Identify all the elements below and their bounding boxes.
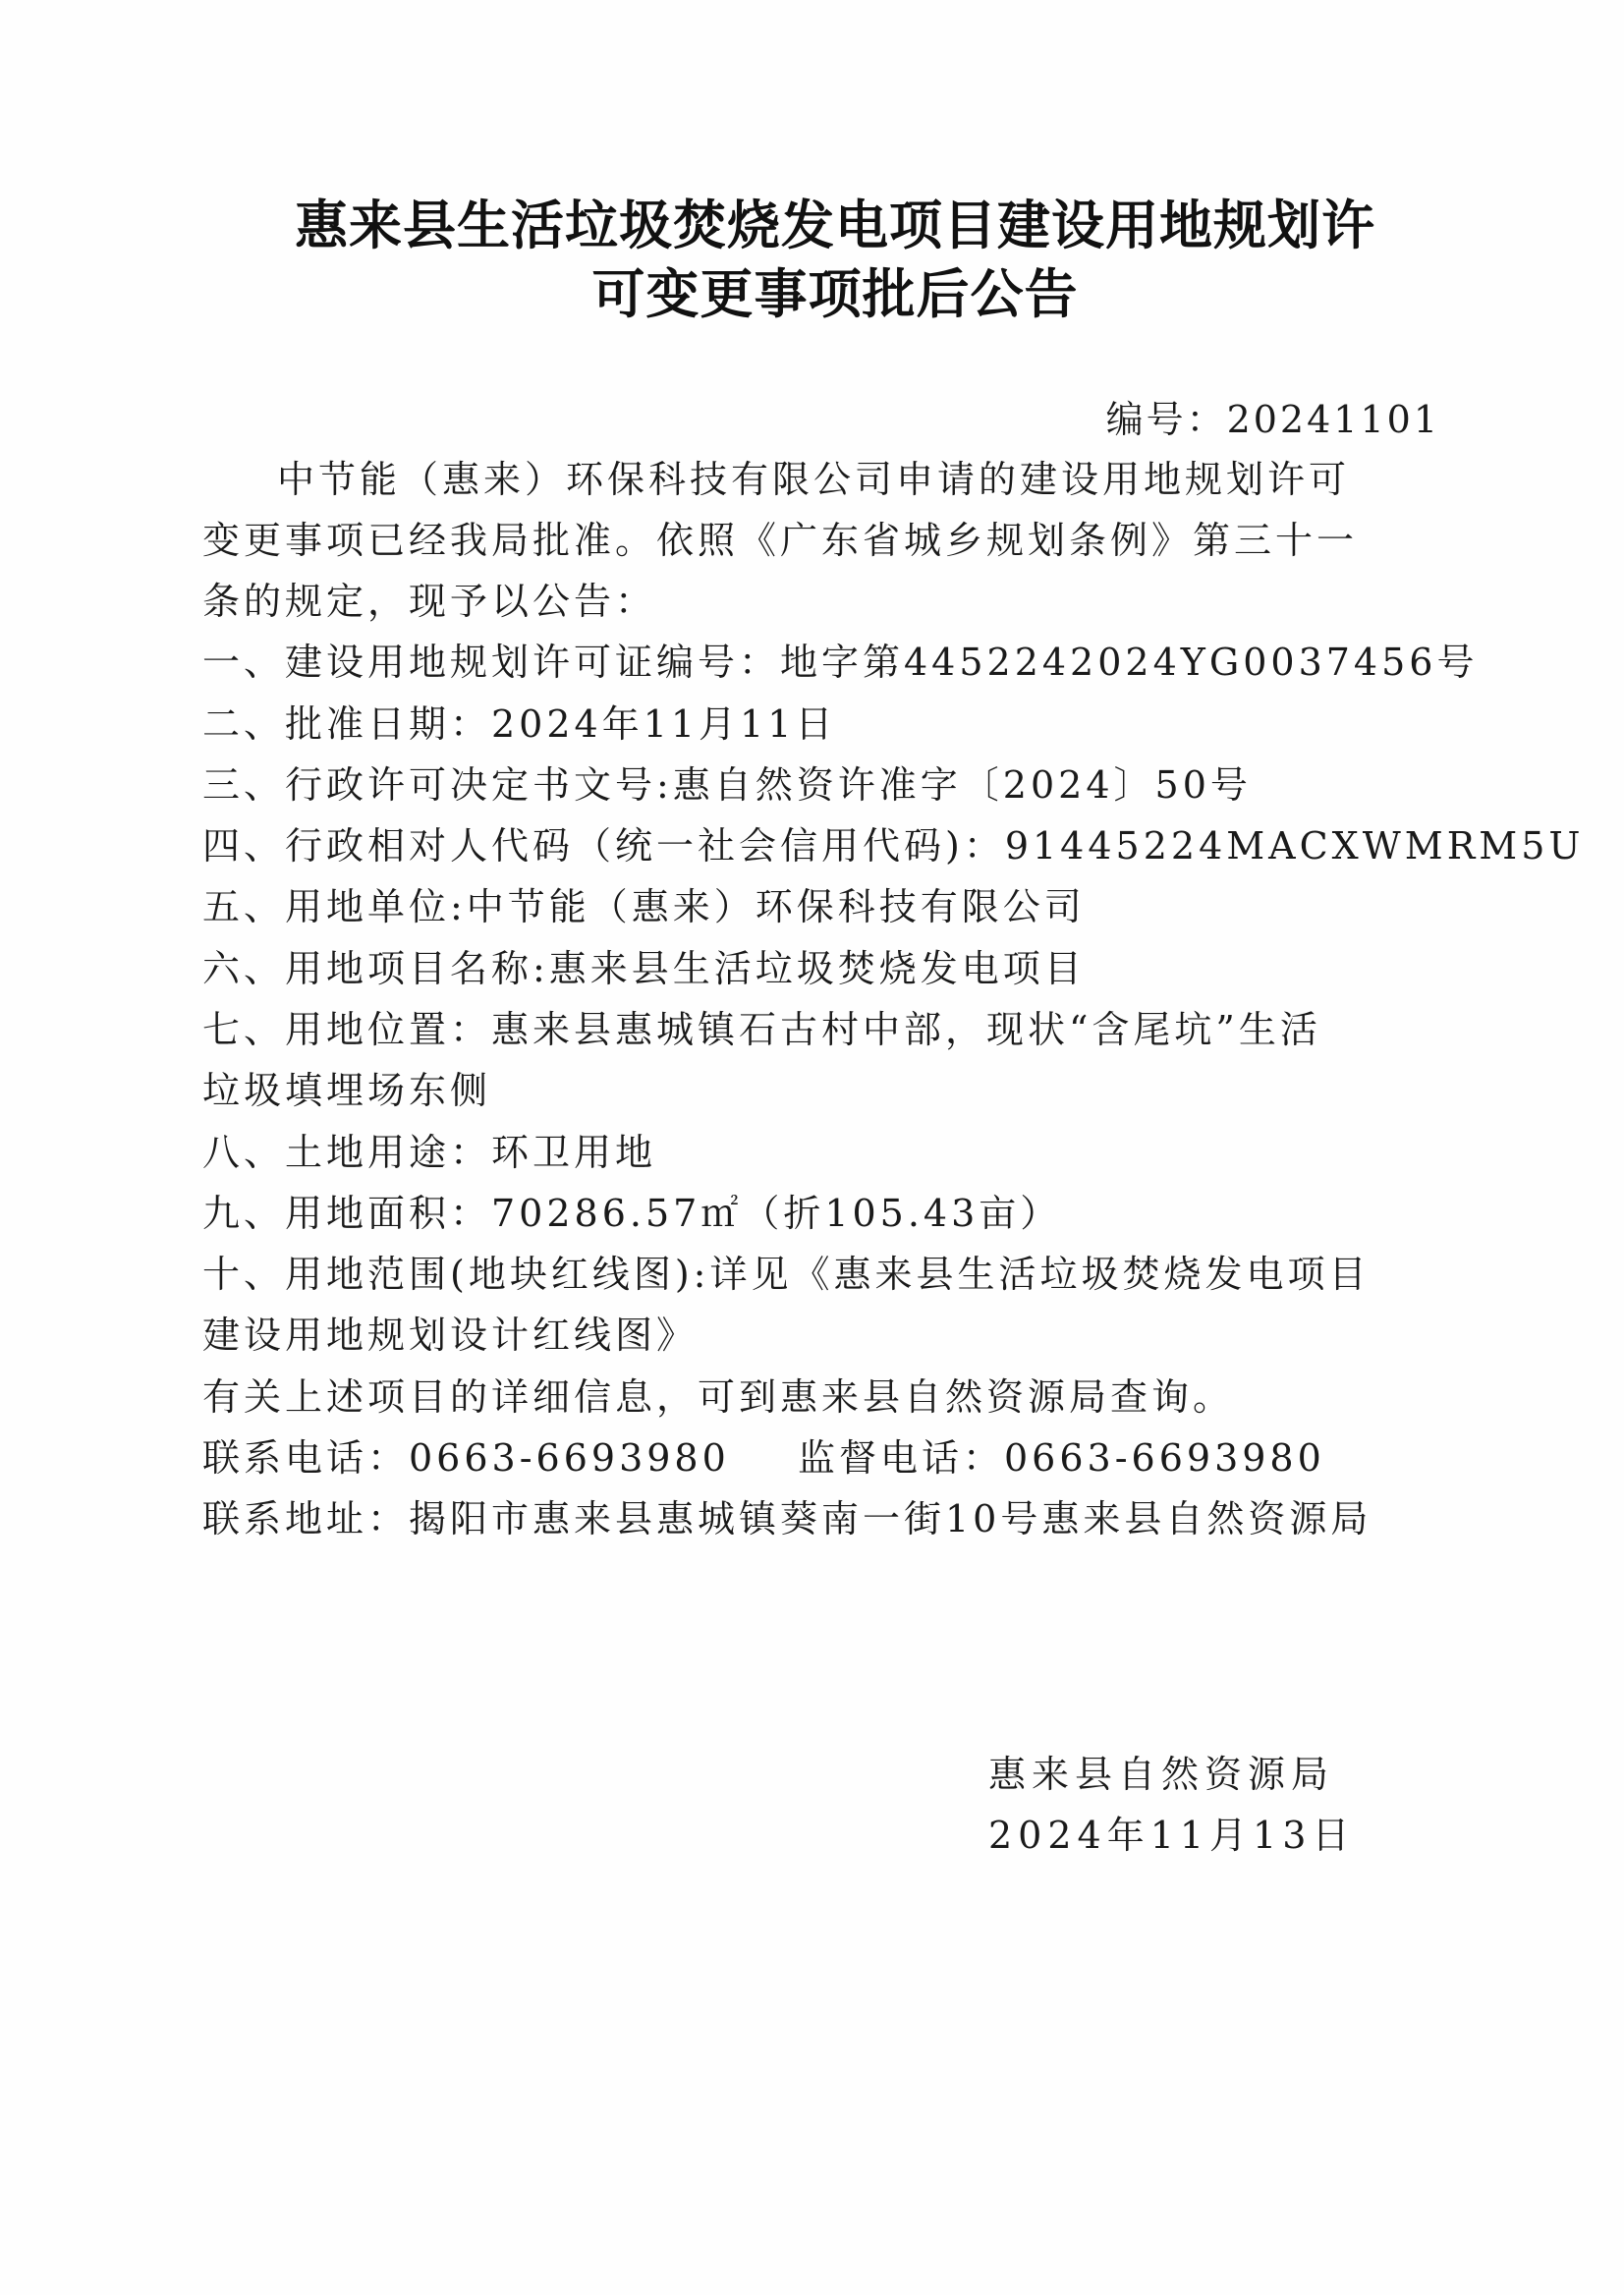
intro-line-2: 变更事项已经我局批准。依照《广东省城乡规划条例》第三十一 — [202, 518, 1358, 563]
title-line-2: 可变更事项批后公告 — [196, 260, 1474, 329]
intro-line-1: 中节能（惠来）环保科技有限公司申请的建设用地规划许可 — [277, 457, 1350, 502]
item-land-scope: 十、用地范围(地块红线图):详见《惠来县生活垃圾焚烧发电项目 — [202, 1252, 1370, 1297]
signature-organization: 惠来县自然资源局 — [988, 1752, 1334, 1797]
item-land-scope-cont: 建设用地规划设计红线图》 — [202, 1313, 698, 1358]
item-location-cont: 垃圾填埋场东侧 — [202, 1068, 491, 1113]
intro-line-3: 条的规定，现予以公告： — [202, 579, 656, 624]
supervision-phone: 监督电话：0663-6693980 — [798, 1435, 1325, 1481]
contact-phone: 联系电话：0663-6693980 — [202, 1435, 730, 1481]
title-line-1: 惠来县生活垃圾焚烧发电项目建设用地规划许 — [196, 192, 1474, 260]
item-credit-code: 四、行政相对人代码（统一社会信用代码)：91445224MACXWMRM5U — [202, 823, 1584, 868]
contact-address: 联系地址：揭阳市惠来县惠城镇葵南一街10号惠来县自然资源局 — [202, 1496, 1372, 1541]
item-land-area: 九、用地面积：70286.57㎡（折105.43亩） — [202, 1191, 1061, 1236]
item-land-user: 五、用地单位:中节能（惠来）环保科技有限公司 — [202, 884, 1086, 929]
item-land-use: 八、土地用途：环卫用地 — [202, 1130, 656, 1175]
document-number: 编号：20241101 — [1106, 397, 1440, 442]
item-approval-date: 二、批准日期：2024年11月11日 — [202, 701, 836, 747]
item-location: 七、用地位置：惠来县惠城镇石古村中部，现状“含尾坑”生活 — [202, 1007, 1321, 1052]
document-page: 惠来县生活垃圾焚烧发电项目建设用地规划许 可变更事项批后公告 编号：202411… — [0, 0, 1624, 2295]
signature-date: 2024年11月13日 — [988, 1813, 1355, 1858]
item-permit-number: 一、建设用地规划许可证编号：地字第4452242024YG0037456号 — [202, 640, 1478, 685]
info-line: 有关上述项目的详细信息，可到惠来县自然资源局查询。 — [202, 1374, 1234, 1420]
item-decision-number: 三、行政许可决定书文号:惠自然资许准字〔2024〕50号 — [202, 762, 1252, 808]
document-title: 惠来县生活垃圾焚烧发电项目建设用地规划许 可变更事项批后公告 — [196, 192, 1474, 329]
item-project-name: 六、用地项目名称:惠来县生活垃圾焚烧发电项目 — [202, 946, 1086, 991]
